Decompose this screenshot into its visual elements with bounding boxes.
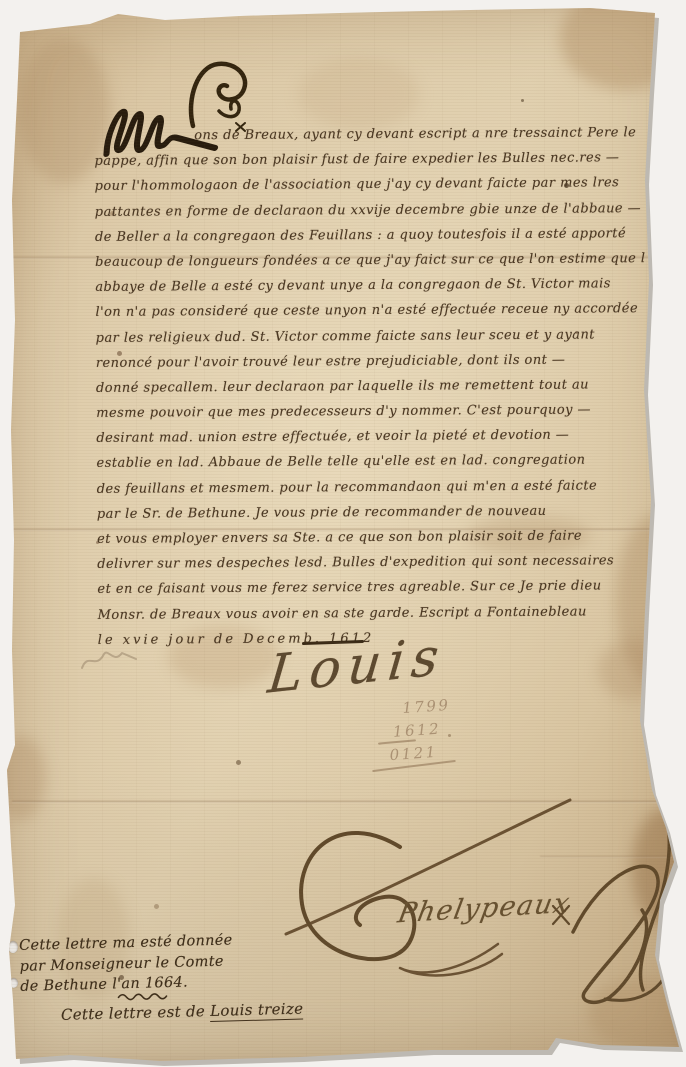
letter-line: pour l'hommologaon de l'association que … — [95, 170, 645, 199]
letter-line: mesme pouvoir que mes predecesseurs d'y … — [96, 397, 646, 426]
ink-specks — [0, 0, 3, 3]
letter-line: des feuillans et mesmem. pour la recomma… — [97, 473, 647, 502]
photo-background: ons de Breaux, ayant cy devant escript a… — [0, 0, 686, 1067]
punch-hole — [9, 978, 18, 988]
letter-line: de Beller a la congregaon des Feuillans … — [95, 221, 645, 250]
letter-line: et vous employer envers sa Ste. a ce que… — [97, 523, 647, 552]
letter-line: l'on n'a pas consideré que ceste unyon n… — [95, 296, 645, 325]
letter-line: par les religieux dud. St. Victor comme … — [96, 322, 646, 351]
top-flourish — [188, 60, 270, 132]
letter-line: abbaye de Belle a esté cy devant unye a … — [95, 271, 645, 300]
letter-line: Monsr. de Breaux vous avoir en sa ste ga… — [98, 599, 648, 628]
letter-sheet: ons de Breaux, ayant cy devant escript a… — [0, 0, 686, 1067]
punch-hole — [8, 941, 18, 953]
letter-line: desirant mad. union estre effectuée, et … — [96, 422, 646, 451]
letter-line: pattantes en forme de declaraon du xxvij… — [95, 196, 645, 225]
pencil-number: 1799 — [402, 694, 452, 720]
letter-line: beaucoup de longueurs fondées a ce que j… — [95, 246, 645, 275]
letter-line: delivrer sur mes despeches lesd. Bulles … — [97, 548, 647, 577]
letter-line: ons de Breaux, ayant cy devant escript a… — [94, 120, 644, 149]
letter-line: pappe, affin que son bon plaisir fust de… — [94, 145, 644, 174]
note-underline-squiggle — [116, 990, 170, 999]
secretary-underline-swash — [394, 938, 506, 984]
provenance-note: Cette lettre ma esté donnée par Monseign… — [19, 928, 321, 1026]
letter-line: par le Sr. de Bethune. Je vous prie de r… — [97, 498, 647, 527]
letter-body: ons de Breaux, ayant cy devant escript a… — [94, 120, 648, 653]
stain — [298, 58, 420, 130]
note-attribution: Cette lettre est de Louis treize — [61, 998, 321, 1025]
letter-line: establie en lad. Abbaue de Belle telle q… — [96, 448, 646, 477]
letter-line: donné specallem. leur declaraon par laqu… — [96, 372, 646, 401]
note-attribution-prefix: Cette lettre est de — [61, 1001, 211, 1023]
letter-line: et en ce faisant vous me ferez service t… — [97, 573, 647, 602]
stain — [560, 0, 686, 90]
pencil-annotations: 1799 1612 0121 — [386, 694, 455, 767]
stain — [0, 736, 46, 820]
note-attribution-name: Louis treize — [210, 999, 304, 1021]
secretary-paraph — [545, 810, 686, 1010]
letter-line: renoncé pour l'avoir trouvé leur estre p… — [96, 347, 646, 376]
